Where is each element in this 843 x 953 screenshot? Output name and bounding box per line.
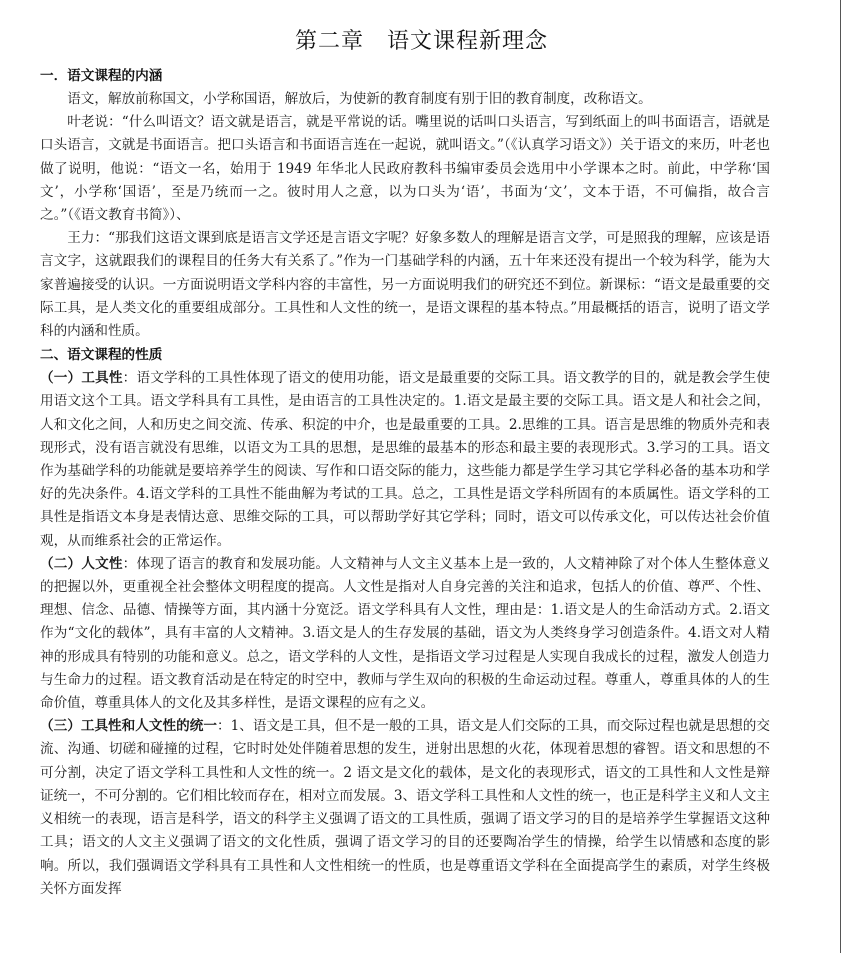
subsection-label: （二）人文性 [40, 556, 123, 572]
subsection-humanism: （二）人文性：体现了语言的教育和发展功能。人文精神与人文主义基本上是一致的，人文… [40, 553, 770, 715]
subsection-label: （三）工具性和人文性的统一 [40, 718, 217, 734]
label-separator: ： [123, 370, 137, 386]
subsection-text: 1、语文是工具，但不是一般的工具，语文是人们交际的工具，而交际过程也就是思想的交… [40, 718, 770, 896]
document-page: 第二章 语文课程新理念 一．语文课程的内涵 语文，解放前称国文，小学称国语，解放… [0, 0, 843, 953]
subsection-unity: （三）工具性和人文性的统一：1、语文是工具，但不是一般的工具，语文是人们交际的工… [40, 715, 770, 901]
subsection-text: 语文学科的工具性体现了语文的使用功能，语文是最重要的交际工具。语文教学的目的，就… [40, 370, 770, 548]
page-edge-rule [840, 0, 841, 953]
label-separator: ： [217, 718, 231, 734]
subsection-instrumentality: （一）工具性：语文学科的工具性体现了语文的使用功能，语文是最重要的交际工具。语文… [40, 367, 770, 553]
chapter-title: 第二章 语文课程新理念 [0, 24, 843, 55]
paragraph: 语文，解放前称国文，小学称国语，解放后，为使新的教育制度有别于旧的教育制度，改称… [40, 88, 770, 111]
paragraph: 王力：“那我们这语文课到底是语言文学还是言语文字呢？好象多数人的理解是语言文学，… [40, 227, 770, 343]
label-separator: ： [123, 556, 137, 572]
subsection-label: （一）工具性 [40, 370, 123, 386]
section-heading-connotation: 一．语文课程的内涵 [40, 64, 770, 88]
document-body: 一．语文课程的内涵 语文，解放前称国文，小学称国语，解放后，为使新的教育制度有别… [40, 64, 770, 901]
paragraph: 叶老说：“什么叫语文？语文就是语言，就是平常说的话。嘴里说的话叫口头语言，写到纸… [40, 111, 770, 227]
subsection-text: 体现了语言的教育和发展功能。人文精神与人文主义基本上是一致的，人文精神除了对个体… [40, 556, 770, 711]
section-heading-nature: 二、语文课程的性质 [40, 343, 770, 367]
